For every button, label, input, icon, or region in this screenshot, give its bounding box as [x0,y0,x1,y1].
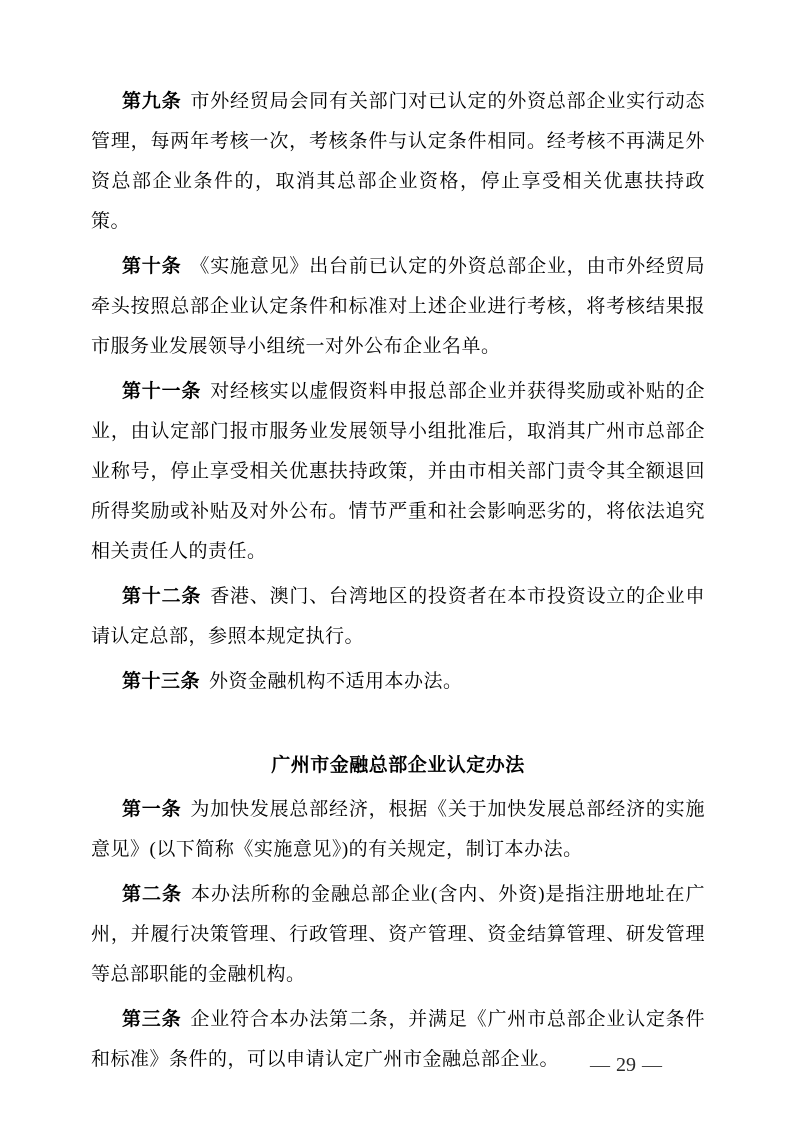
article-number-label: 第十一条 [122,381,201,402]
document-page: 第九条市外经贸局会同有关部门对已认定的外资总部企业实行动态管理，每两年考核一次，… [0,0,794,1123]
footer-left-dash: — [590,1054,610,1076]
section-title: 广州市金融总部企业认定办法 [91,746,705,786]
footer-right-dash: — [642,1054,662,1076]
article-text: 本办法所称的金融总部企业(含内、外资)是指注册地址在广州，并履行决策管理、行政管… [91,884,705,985]
article-paragraph: 第十三条外资金融机构不适用本办法。 [91,662,705,702]
article-number-label: 第一条 [122,799,181,820]
article-text: 为加快发展总部经济，根据《关于加快发展总部经济的实施意见》(以下简称《实施意见》… [91,799,705,860]
page-number-value: 29 [616,1054,636,1076]
article-text: 市外经贸局会同有关部门对已认定的外资总部企业实行动态管理，每两年考核一次，考核条… [91,91,705,232]
article-number-label: 第十三条 [122,671,200,692]
article-text: 对经核实以虚假资料申报总部企业并获得奖励或补贴的企业，由认定部门报市服务业发展领… [91,381,705,562]
article-number-label: 第二条 [122,884,182,905]
article-paragraph: 第一条为加快发展总部经济，根据《关于加快发展总部经济的实施意见》(以下简称《实施… [91,790,705,870]
article-paragraph: 第十二条香港、澳门、台湾地区的投资者在本市投资设立的企业申请认定总部，参照本规定… [91,577,705,657]
article-number-label: 第九条 [122,91,181,112]
page-number: —29— [584,1054,668,1077]
article-paragraph: 第九条市外经贸局会同有关部门对已认定的外资总部企业实行动态管理，每两年考核一次，… [91,82,705,242]
article-number-label: 第三条 [122,1009,181,1030]
article-number-label: 第十二条 [122,586,201,607]
article-paragraph: 第十一条对经核实以虚假资料申报总部企业并获得奖励或补贴的企业，由认定部门报市服务… [91,372,705,572]
article-text: 《实施意见》出台前已认定的外资总部企业，由市外经贸局牵头按照总部企业认定条件和标… [91,256,705,357]
article-text: 外资金融机构不适用本办法。 [209,671,463,692]
article-paragraph: 第十条《实施意见》出台前已认定的外资总部企业，由市外经贸局牵头按照总部企业认定条… [91,247,705,367]
article-number-label: 第十条 [122,256,181,277]
document-body: 第九条市外经贸局会同有关部门对已认定的外资总部企业实行动态管理，每两年考核一次，… [91,82,705,1085]
article-paragraph: 第二条本办法所称的金融总部企业(含内、外资)是指注册地址在广州，并履行决策管理、… [91,875,705,995]
